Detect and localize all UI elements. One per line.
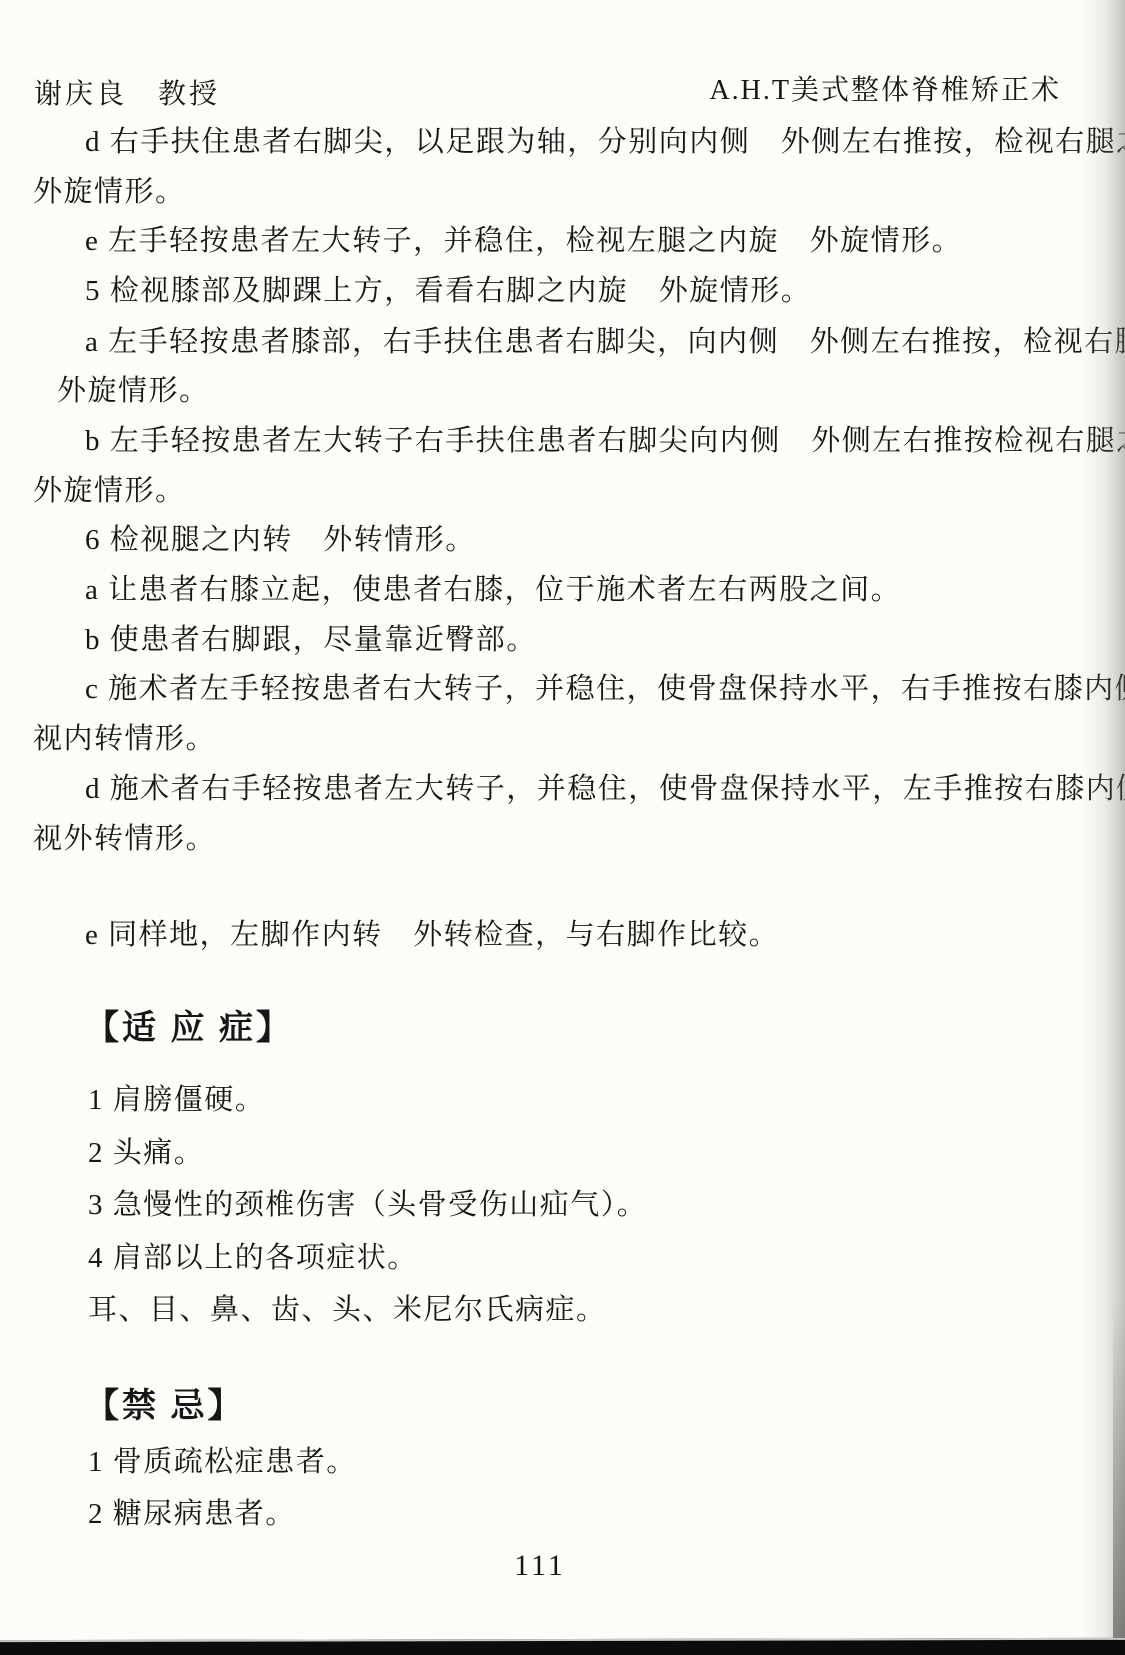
procedure-line: 6 检视腿之内转 外转情形。 — [85, 523, 476, 557]
procedure-line: e 左手轻按患者左大转子，并稳住，检视左腿之内旋 外旋情形。 — [85, 224, 962, 258]
scan-bottom-band — [0, 1638, 1125, 1655]
procedure-line: d 右手扶住患者右脚尖，以足跟为轴，分别向内侧 外侧左右推按，检视右腿之内旋 — [85, 125, 1125, 159]
indication-item: 3 急慢性的颈椎伤害（头骨受伤山疝气）。 — [88, 1188, 647, 1222]
contraindication-item: 2 糖尿病患者。 — [88, 1497, 296, 1531]
procedure-line: e 同样地，左脚作内转 外转检查，与右脚作比较。 — [85, 918, 779, 952]
page-edge-shadow — [1081, 0, 1125, 1655]
procedure-line: a 让患者右膝立起，使患者右膝，位于施术者左右两股之间。 — [85, 573, 901, 607]
procedure-line: 视内转情形。 — [33, 722, 216, 756]
procedure-line: 外旋情形。 — [33, 474, 186, 508]
indication-item: 耳、目、鼻、齿、头、米尼尔氏病症。 — [88, 1293, 607, 1327]
procedure-line: 外旋情形。 — [57, 374, 210, 408]
indication-item: 1 肩膀僵硬。 — [88, 1083, 265, 1117]
scanned-book-page: 谢庆良 教授 A.H.T美式整体脊椎矫正术 d 右手扶住患者右脚尖，以足跟为轴，… — [0, 0, 1125, 1655]
procedure-line: a 左手轻按患者膝部，右手扶住患者右脚尖，向内侧 外侧左右推按，检视右腿之内旋 — [85, 325, 1125, 359]
indication-item: 4 肩部以上的各项症状。 — [88, 1241, 418, 1275]
procedure-line: 视外转情形。 — [33, 822, 216, 856]
header-author: 谢庆良 教授 — [34, 72, 220, 112]
page-number: 111 — [0, 1549, 1080, 1583]
procedure-line: 5 检视膝部及脚踝上方，看看右脚之内旋 外旋情形。 — [85, 274, 811, 308]
indications-heading: 【适 应 症】 — [85, 1010, 293, 1048]
contraindications-heading: 【禁 忌】 — [85, 1388, 245, 1426]
procedure-line: c 施术者左手轻按患者右大转子，并稳住，使骨盘保持水平，右手推按右膝内侧，检 — [85, 672, 1125, 706]
header-book-title: A.H.T美式整体脊椎矫正术 — [709, 68, 1061, 108]
procedure-line: 外旋情形。 — [33, 175, 186, 209]
contraindication-item: 1 骨质疏松症患者。 — [88, 1445, 357, 1479]
indication-item: 2 头痛。 — [88, 1136, 204, 1170]
procedure-line: d 施术者右手轻按患者左大转子，并稳住，使骨盘保持水平，左手推按右膝内侧，检 — [85, 772, 1125, 806]
procedure-line: b 左手轻按患者左大转子右手扶住患者右脚尖向内侧 外侧左右推按检视右腿之内旋 — [85, 424, 1125, 458]
page-edge-shadow-dark — [1113, 1302, 1125, 1642]
procedure-line: b 使患者右脚跟，尽量靠近臀部。 — [85, 623, 537, 657]
